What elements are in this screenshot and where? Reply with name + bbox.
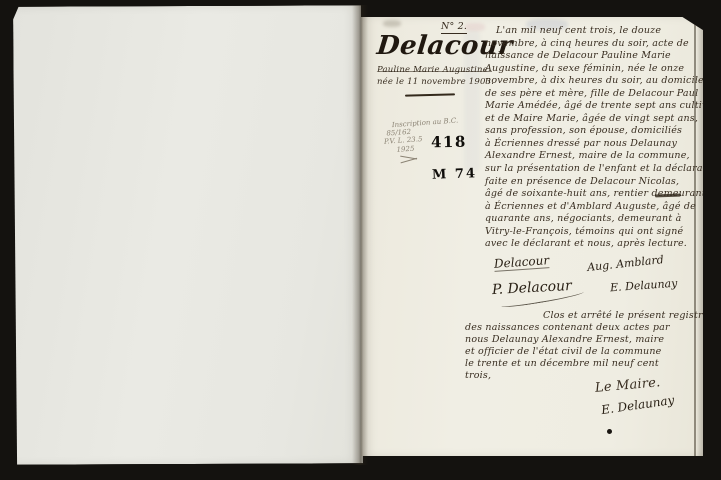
register-scan: N° 2. Delacour Pauline Marie Augustine n… [0,0,721,480]
body-line: novembre, à dix heures du soir, au domic… [485,75,701,88]
body-line: de ses père et mère, fille de Delacour P… [485,88,701,101]
paraph-icon [400,154,418,163]
body-line: Vitry-le-François, témoins qui ont signé [485,226,701,239]
ink-dot [607,429,612,434]
signature-mayor: E. Delaunay [600,393,675,417]
body-line: sans profession, son épouse, domiciliés [485,125,701,138]
archive-m74-stamp: M 74 [432,166,478,183]
body-line: Alexandre Ernest, maire de la commune, [485,150,701,163]
faint-ink-smudge [465,23,485,31]
closing-line: des naissances contenant deux actes par [465,322,703,334]
body-line: naissance de Delacour Pauline Marie [485,50,701,63]
left-blank-page [13,5,363,465]
birth-act-page: N° 2. Delacour Pauline Marie Augustine n… [361,17,703,456]
binding-gutter [352,5,368,465]
underline-flourish [405,93,455,96]
body-line: à Écriennes dressé par nous Delaunay [485,138,701,151]
signature-delaunay: E. Delaunay [610,277,678,295]
archive-number-stamp: 418 [431,133,467,152]
signature-amblard: Aug. Amblard [587,253,665,274]
body-line: quarante ans, négociants, demeurant à [485,213,701,226]
closing-line: nous Delaunay Alexandre Ernest, maire [465,334,703,346]
signature-p-delacour: P. Delacour [492,278,573,298]
faint-pencil-mark [383,20,401,27]
body-line: novembre, à cinq heures du soir, acte de [485,38,701,51]
body-line: faite en présence de Delacour Nicolas, [485,176,701,189]
body-line: sur la présentation de l'enfant et la dé… [485,163,701,176]
act-birth-date-note: née le 11 novembre 1903. [377,77,494,87]
body-line: Marie Amédée, âgé de trente sept ans cul… [485,100,701,113]
body-line: Augustine, du sexe féminin, née le onze [485,63,701,76]
closing-statement: Clos et arrêté le présent registre des n… [465,310,703,381]
body-line: L'an mil neuf cent trois, le douze [485,25,701,38]
closing-line: le trente et un décembre mil neuf cent [465,358,703,370]
closing-line: et officier de l'état civil de la commun… [465,346,703,358]
body-line: avec le déclarant et nous, après lecture… [485,238,701,251]
closing-line: trois, [465,370,703,382]
body-line: et de Maire Marie, âgée de vingt sept an… [485,113,701,126]
signature-delacour: Delacour [494,253,550,272]
body-line: à Écriennes et d'Amblard Auguste, âgé de [485,201,701,214]
closing-line: Clos et arrêté le présent registre [465,310,703,322]
act-body-text: L'an mil neuf cent trois, le douze novem… [485,25,701,251]
act-name-sub: Pauline Marie Augustine [377,65,488,75]
